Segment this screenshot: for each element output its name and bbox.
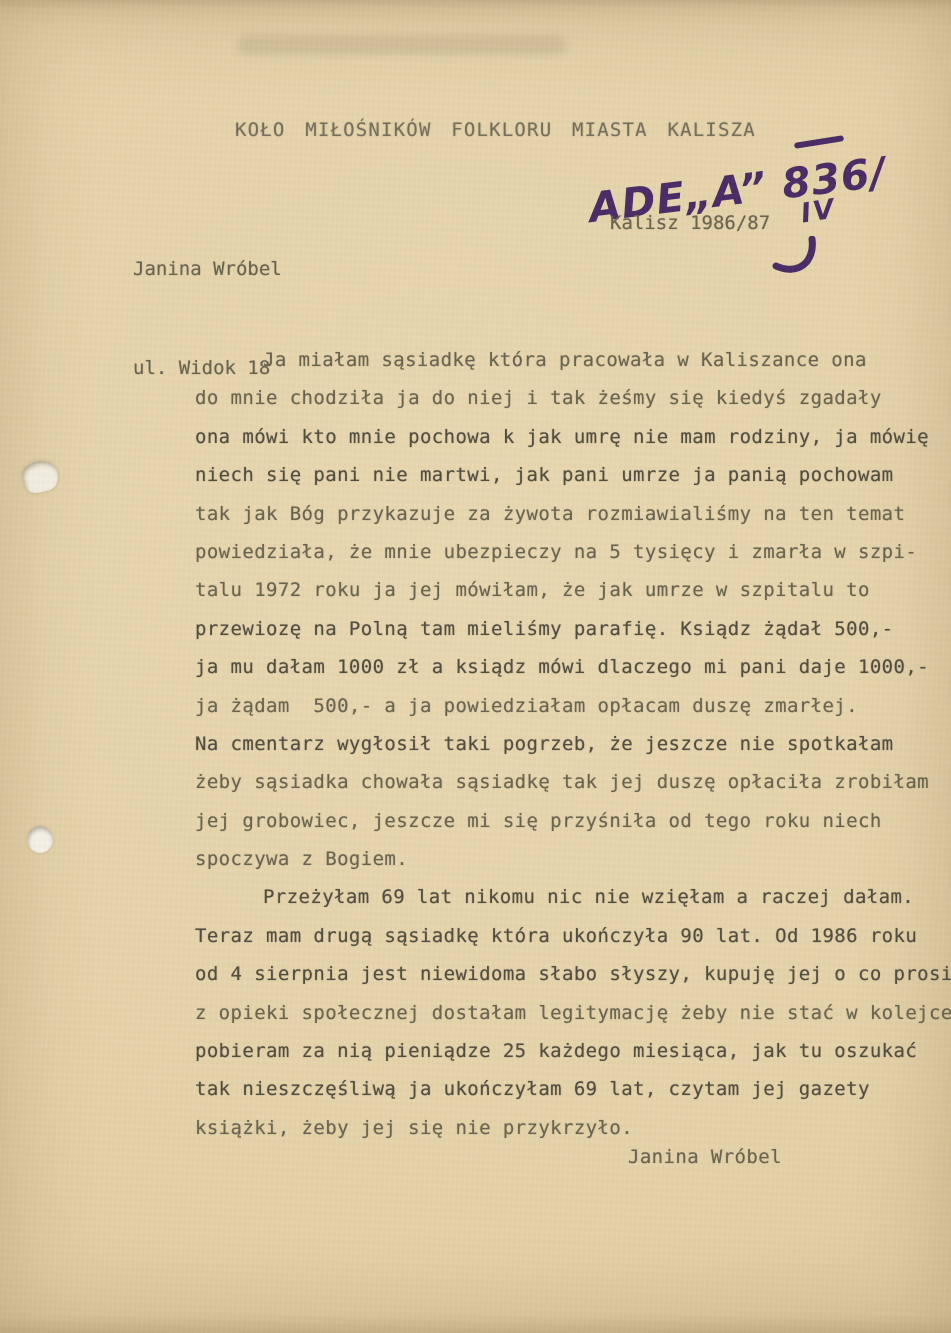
body-line: niech się pani nie martwi, jak pani umrz… <box>195 456 951 494</box>
body-line: z opieki społecznej dostałam legitymację… <box>195 994 951 1032</box>
body-line: Na cmentarz wygłosił taki pogrzeb, że je… <box>195 725 951 763</box>
body-line: powiedziała, że mnie ubezpieczy na 5 tys… <box>195 533 951 571</box>
body-line: tak jak Bóg przykazuje za żywota rozmiaw… <box>195 495 951 533</box>
letter-body: Ja miałam sąsiadkę która pracowała w Kal… <box>195 341 951 1147</box>
signature: Janina Wróbel <box>628 1146 782 1168</box>
body-line: pobieram za nią pieniądze 25 każdego mie… <box>195 1032 951 1070</box>
hole-punch-top <box>20 457 61 496</box>
body-line: ona mówi kto mnie pochowa k jak umrę nie… <box>195 418 951 456</box>
ghost-text-smudge <box>237 35 567 55</box>
scanned-letter-page: KOŁO MIŁOŚNIKÓW FOLKLORU MIASTA KALISZA … <box>0 0 951 1333</box>
body-line: spoczywa z Bogiem. <box>195 840 951 878</box>
document-title: KOŁO MIŁOŚNIKÓW FOLKLORU MIASTA KALISZA <box>235 119 756 141</box>
annotation-hook-stroke <box>770 236 820 285</box>
hole-punch-bottom <box>27 826 53 853</box>
body-line: Przeżyłam 69 lat nikomu nic nie wzięłam … <box>195 878 951 916</box>
body-line: żeby sąsiadka chowała sąsiadkę tak jej d… <box>195 763 951 801</box>
body-line: książki, żeby jej się nie przykrzyło. <box>195 1109 951 1147</box>
body-line: Ja miałam sąsiadkę która pracowała w Kal… <box>195 341 951 379</box>
body-line: od 4 sierpnia jest niewidoma słabo słysz… <box>195 955 951 993</box>
body-line: ja mu dałam 1000 zł a ksiądz mówi dlacze… <box>195 648 951 686</box>
place-date: Kalisz 1986/87 <box>610 212 770 234</box>
body-line: ja żądam 500,- a ja powiedziałam opłacam… <box>195 687 951 725</box>
body-line: przewiozę na Polną tam mieliśmy parafię.… <box>195 610 951 648</box>
body-line: talu 1972 roku ja jej mówiłam, że jak um… <box>195 571 951 609</box>
annotation-numeral: IV <box>799 193 838 229</box>
body-line: Teraz mam drugą sąsiadkę która ukończyła… <box>195 917 951 955</box>
annotation-overline-stroke <box>794 135 844 149</box>
body-line: jej grobowiec, jeszcze mi się przyśniła … <box>195 802 951 840</box>
body-line: do mnie chodziła ja do niej i tak żeśmy … <box>195 379 951 417</box>
author-name: Janina Wróbel <box>133 253 282 286</box>
body-line: tak nieszczęśliwą ja ukończyłam 69 lat, … <box>195 1070 951 1108</box>
